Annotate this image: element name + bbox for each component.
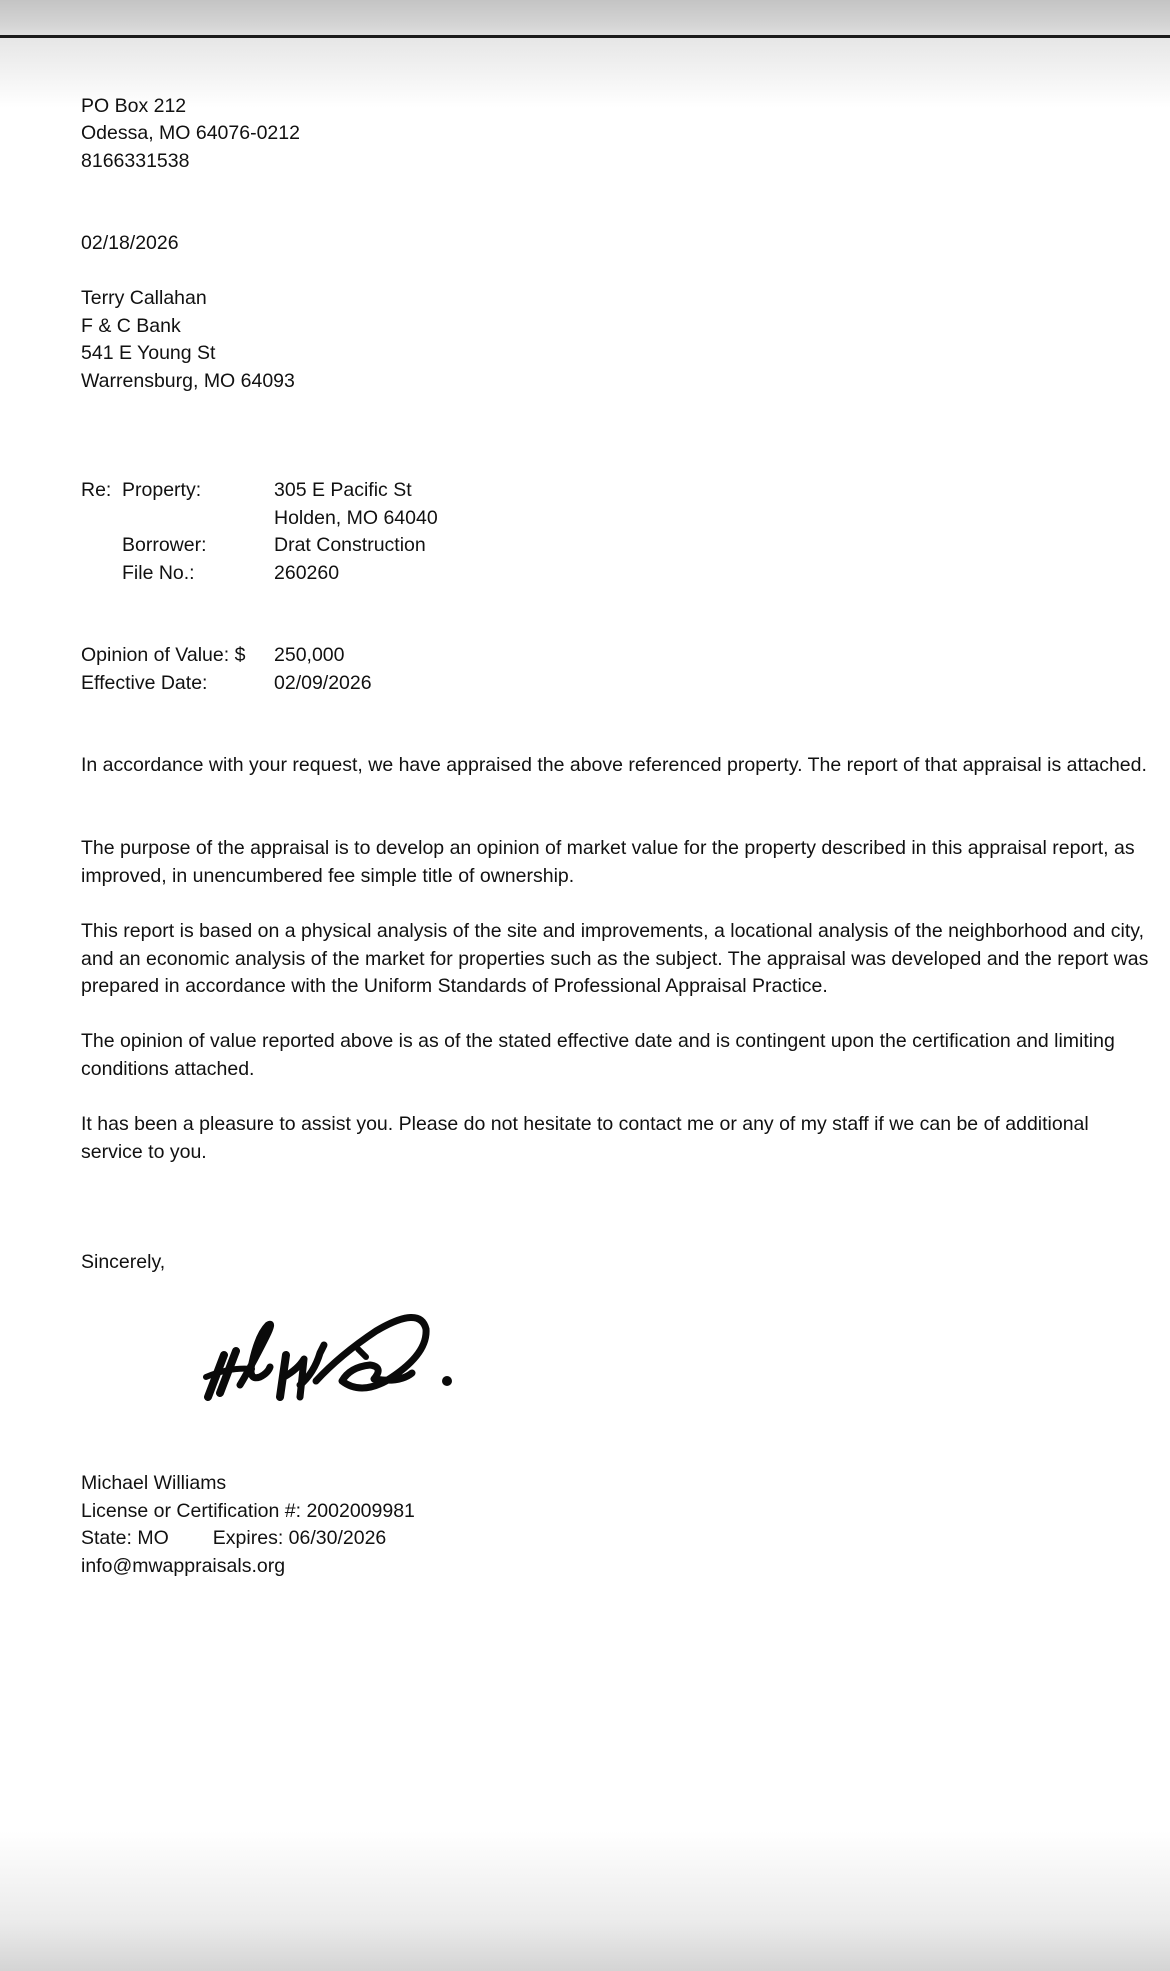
expires-label: Expires:	[213, 1527, 283, 1549]
property-label: Property:	[122, 477, 201, 505]
file-no-label: File No.:	[122, 560, 195, 588]
body-paragraph: In accordance with your request, we have…	[81, 752, 1151, 780]
sender-address-line2: Odessa, MO 64076-0212	[81, 120, 300, 148]
body-paragraph: It has been a pleasure to assist you. Pl…	[81, 1111, 1151, 1166]
borrower-label: Borrower:	[122, 532, 207, 560]
re-label: Re:	[81, 477, 111, 505]
bottom-shadow	[0, 1831, 1170, 1971]
recipient-city-state-zip: Warrensburg, MO 64093	[81, 368, 295, 396]
property-address-line2: Holden, MO 64040	[274, 505, 438, 533]
recipient-name: Terry Callahan	[81, 285, 207, 313]
property-address-line1: 305 E Pacific St	[274, 477, 412, 505]
effective-date: 02/09/2026	[274, 670, 372, 698]
license-label: License or Certification #:	[81, 1500, 301, 1522]
top-shadow	[0, 0, 1170, 36]
closing: Sincerely,	[81, 1249, 165, 1277]
body-paragraph: The opinion of value reported above is a…	[81, 1028, 1151, 1083]
sender-address-line1: PO Box 212	[81, 93, 186, 121]
opinion-of-value-label: Opinion of Value: $	[81, 642, 245, 670]
state-value: MO	[137, 1527, 168, 1549]
signer-license: License or Certification #: 2002009981	[81, 1498, 415, 1526]
file-no-value: 260260	[274, 560, 339, 588]
expires-value: 06/30/2026	[289, 1527, 387, 1549]
effective-date-label: Effective Date:	[81, 670, 207, 698]
sender-phone: 8166331538	[81, 148, 189, 176]
signer-name: Michael Williams	[81, 1470, 226, 1498]
signer-email: info@mwappraisals.org	[81, 1553, 285, 1581]
letter-date: 02/18/2026	[81, 230, 179, 258]
recipient-street: 541 E Young St	[81, 340, 215, 368]
signer-state-expires: State: MOExpires: 06/30/2026	[81, 1525, 386, 1553]
recipient-company: F & C Bank	[81, 313, 181, 341]
borrower-value: Drat Construction	[274, 532, 426, 560]
license-number: 2002009981	[306, 1500, 414, 1522]
body-paragraph: The purpose of the appraisal is to devel…	[81, 835, 1151, 890]
opinion-of-value: 250,000	[274, 642, 345, 670]
body-paragraph: This report is based on a physical analy…	[81, 918, 1151, 1001]
state-label: State:	[81, 1527, 132, 1549]
signature-icon	[200, 1285, 460, 1415]
